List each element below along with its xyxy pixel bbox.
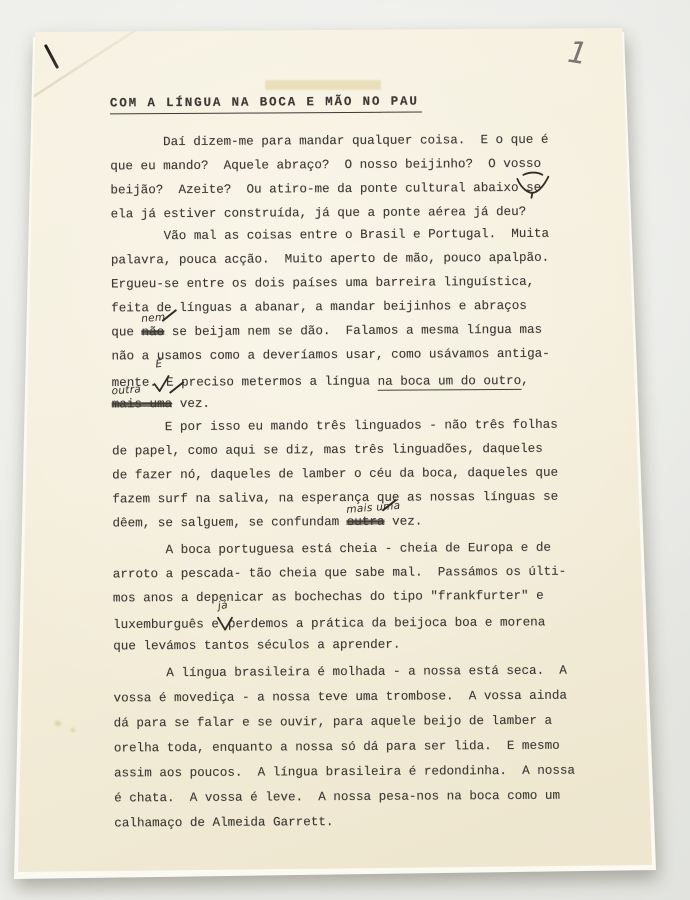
handwritten-insertion: já [217, 599, 228, 612]
typed-text: é chata. A vossa é leve. A nossa pesa-no… [114, 789, 560, 806]
typed-text: orelha toda, enquanto a nossa só dá para… [114, 739, 560, 756]
text-line: Vão mal as coisas entre o Brasil e Portu… [111, 227, 549, 254]
typed-text: de papel, como aqui se diz, mas três lin… [112, 442, 543, 459]
paragraph: A língua brasileira é molhada - a nossa … [113, 664, 575, 842]
insertion-caret-mark [216, 617, 234, 631]
typed-text: Vão mal as coisas entre o Brasil e Portu… [111, 227, 549, 244]
text-line: A língua brasileira é molhada - a nossa … [113, 664, 574, 692]
typed-text: perdemos a prática da beijoca boa e more… [228, 615, 546, 631]
typed-text: não a usamos como a deveríamos usar, com… [111, 347, 549, 364]
text-line: Daí dizem-me para mandar qualquer coisa.… [110, 133, 548, 160]
typed-text: luxemburguês e [113, 617, 219, 632]
paragraph: A boca portuguesa está cheia - cheia de … [113, 541, 567, 664]
text-line: dêem, se salguem, se confundam outramais… [112, 514, 558, 541]
typed-text: arroto a pescada- tão cheia que sabe mal… [113, 565, 567, 582]
typed-text: palavra, pouca acção. Muito aperto de mã… [111, 251, 549, 268]
text-line: Ergueu-se entre os dois países uma barre… [111, 275, 549, 302]
struck-out-word: nãonem [141, 325, 164, 339]
text-line: E por isso eu mando três linguados - não… [112, 418, 558, 445]
paragraph: Daí dizem-me para mandar qualquer coisa.… [110, 133, 549, 232]
text-line: feita de línguas a abanar, a mandar beij… [111, 299, 549, 326]
paragraph: E por isso eu mando três linguados - não… [112, 418, 559, 541]
typed-text: , [521, 373, 529, 387]
typed-text: de fazer nó, daqueles de lamber o céu da… [112, 466, 558, 483]
typed-text: vez. [384, 514, 422, 528]
paper-stack: 1 COM A LÍNGUA NA BOCA E MÃO NO PAU Daí … [0, 0, 690, 900]
text-line: não a usamos como a deveríamos usar, com… [111, 347, 549, 374]
typed-text: dá para se falar e se ouvir, para aquele… [114, 714, 552, 731]
text-line: luxemburguês ejáperdemos a prática da be… [113, 613, 567, 640]
typed-text: calhamaço de Almeida Garrett. [114, 815, 333, 830]
insertion-squiggle-mark [512, 167, 552, 199]
typed-text: que [111, 325, 141, 339]
insertion-caret: já [219, 615, 228, 628]
handwritten-correction: outra [111, 383, 141, 397]
typed-text: Daí dizem-me para mandar qualquer coisa.… [110, 133, 548, 150]
struck-out-word: outramais uma [347, 515, 385, 529]
text-line: que nãonem se beijam nem se dão. Falamos… [111, 323, 549, 350]
typed-text: que levámos tantos séculos a aprender. [113, 638, 400, 654]
text-line: de fazer nó, daqueles de lamber o céu da… [112, 466, 558, 493]
typed-text: beijão? Azeite? Ou atiro-me da ponte cul… [110, 181, 518, 197]
typed-text: não [141, 325, 164, 339]
text-line: vossa é movediça - a nossa teve uma trom… [113, 689, 574, 717]
text-line: de papel, como aqui se diz, mas três lin… [112, 442, 558, 469]
text-line: orelha toda, enquanto a nossa só dá para… [114, 739, 575, 767]
paragraph: Vão mal as coisas entre o Brasil e Portu… [111, 227, 551, 422]
typed-text: mais uma [112, 397, 173, 411]
text-line: beijão? Azeite? Ou atiro-me da ponte cul… [110, 181, 548, 208]
paragraphs: Daí dizem-me para mandar qualquer coisa.… [0, 0, 687, 2]
typewritten-text: COM A LÍNGUA NA BOCA E MÃO NO PAU Daí di… [0, 0, 690, 900]
text-line: é chata. A vossa é leve. A nossa pesa-no… [114, 789, 575, 817]
insertion-caret: É [157, 373, 166, 386]
typed-text: fazem surf na saliva, na esperança que a… [112, 490, 558, 507]
typed-text: vossa é movediça - a nossa teve uma trom… [113, 689, 567, 706]
typed-text: se beijam nem se dão. Falamos a mesma lí… [164, 323, 542, 339]
typed-text: mos anos a depenicar as bochechas do tip… [113, 589, 544, 606]
typed-text: E preciso metermos a língua [166, 374, 378, 389]
hand-underlined-text: na boca um do outro [378, 373, 522, 390]
text-line: A boca portuguesa está cheia - cheia de … [113, 541, 567, 568]
typed-text: assim aos poucos. A língua brasileira é … [114, 764, 575, 781]
text-line: assim aos poucos. A língua brasileira é … [114, 764, 575, 792]
text-line: arroto a pescada- tão cheia que sabe mal… [113, 565, 567, 592]
insertion-check-mark [154, 375, 170, 393]
typed-text: ela já estiver construída, já que a pont… [111, 205, 527, 222]
text-line: que levámos tantos séculos a aprender. [113, 637, 567, 664]
typed-text: E por isso eu mando três linguados - não… [112, 418, 558, 435]
typed-text: dêem, se salguem, se confundam [112, 515, 346, 530]
document-title: COM A LÍNGUA NA BOCA E MÃO NO PAU [110, 94, 422, 114]
typed-text: que eu mando? Aquele abraço? O nosso bei… [110, 157, 541, 174]
typed-text: A boca portuguesa está cheia - cheia de … [113, 541, 551, 558]
struck-out-word: mais umaoutra [112, 397, 173, 411]
typed-text: outra [347, 515, 385, 529]
photo-background: 1 COM A LÍNGUA NA BOCA E MÃO NO PAU Daí … [0, 0, 690, 900]
typed-text: vez. [172, 397, 210, 411]
text-line: palavra, pouca acção. Muito aperto de mã… [111, 251, 549, 278]
text-line: calhamaço de Almeida Garrett. [114, 814, 575, 842]
text-line: mos anos a depenicar as bochechas do tip… [113, 589, 567, 616]
typed-text: Ergueu-se entre os dois países uma barre… [111, 275, 534, 292]
text-line: que eu mando? Aquele abraço? O nosso bei… [110, 157, 548, 184]
typed-text: A língua brasileira é molhada - a nossa … [113, 664, 567, 681]
document-page: 1 COM A LÍNGUA NA BOCA E MÃO NO PAU Daí … [0, 0, 690, 900]
text-line: fazem surf na saliva, na esperança que a… [112, 490, 558, 517]
text-line: dá para se falar e se ouvir, para aquele… [114, 714, 575, 742]
